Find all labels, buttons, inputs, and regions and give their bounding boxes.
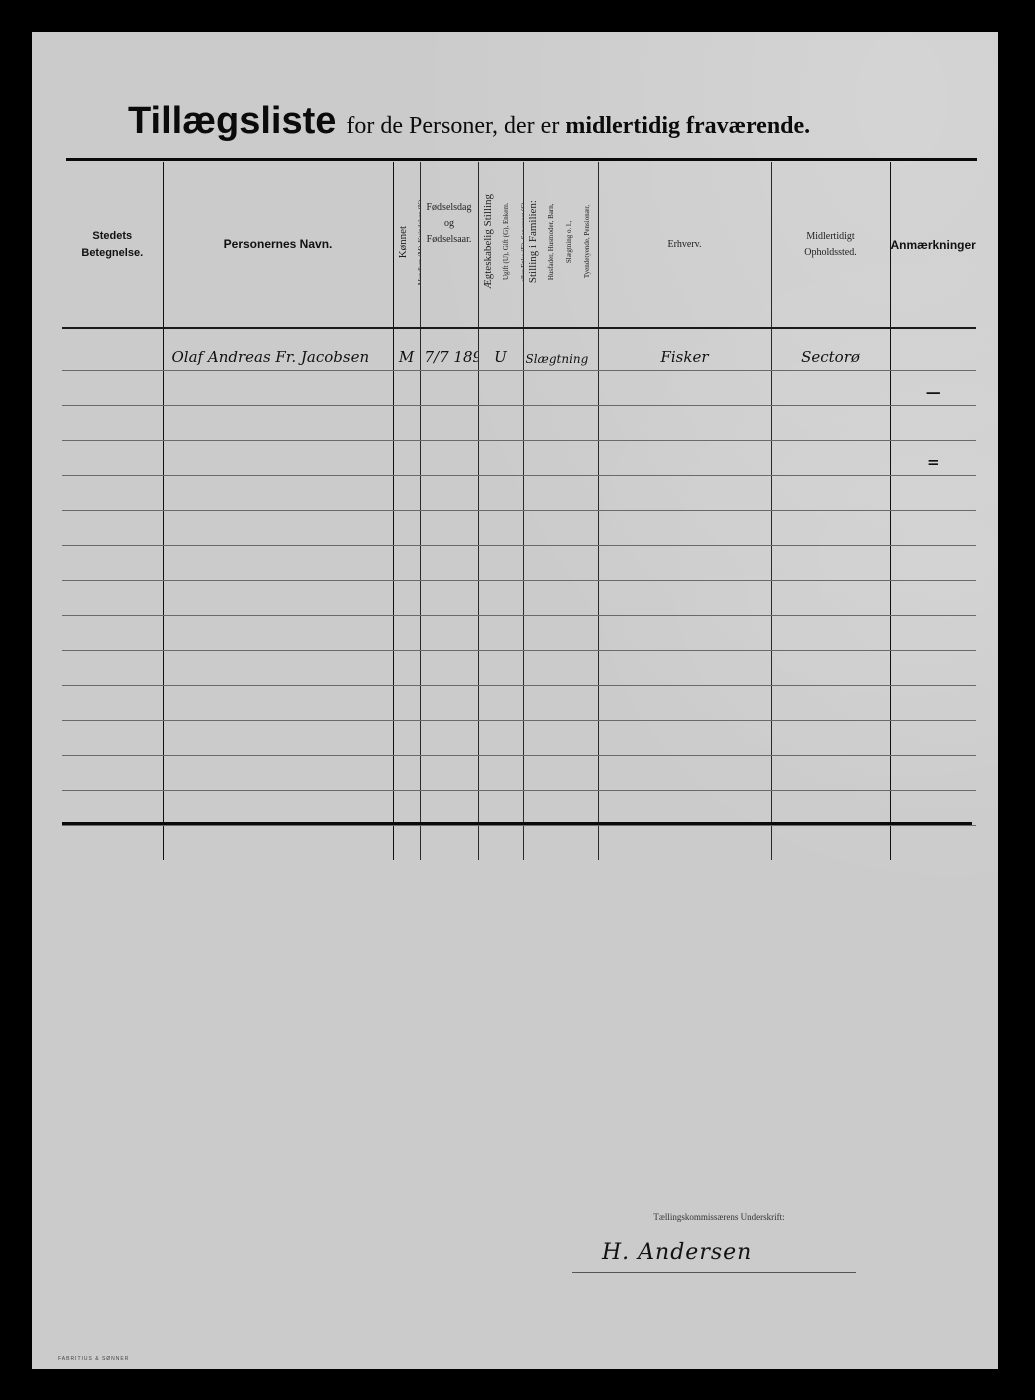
handwritten-kjonnet bbox=[394, 576, 420, 580]
cell-familie bbox=[523, 476, 598, 511]
handwritten-erhverv bbox=[599, 401, 771, 405]
cell-kjonnet bbox=[393, 511, 420, 546]
cell-erhverv bbox=[598, 476, 771, 511]
cell-navn bbox=[163, 476, 393, 511]
handwritten-navn bbox=[164, 611, 393, 615]
cell-familie bbox=[523, 546, 598, 581]
cell-familie bbox=[523, 756, 598, 791]
handwritten-stedets bbox=[62, 576, 163, 580]
cell-kjonnet: M bbox=[393, 328, 420, 371]
cell-erhverv bbox=[598, 581, 771, 616]
cell-anmaerkninger bbox=[890, 511, 976, 546]
handwritten-familie: Slægtning bbox=[524, 352, 598, 370]
cell-familie bbox=[523, 371, 598, 406]
cell-anmaerkninger bbox=[890, 686, 976, 721]
cell-egteskab bbox=[478, 441, 523, 476]
cell-stedets bbox=[62, 546, 163, 581]
cell-kjonnet bbox=[393, 441, 420, 476]
table-row bbox=[62, 476, 976, 511]
cell-stedets bbox=[62, 371, 163, 406]
header-opholdssted: MidlertidigtOpholdssted. bbox=[771, 162, 890, 328]
signature-block: Tællingskommissærens Underskrift: H. And… bbox=[572, 1212, 856, 1222]
cell-kjonnet bbox=[393, 546, 420, 581]
handwritten-familie bbox=[524, 786, 598, 790]
cell-kjonnet bbox=[393, 651, 420, 686]
census-table: StedetsBetegnelse. Personernes Navn. Køn… bbox=[62, 162, 976, 860]
handwritten-opholdssted bbox=[772, 436, 890, 440]
handwritten-stedets bbox=[62, 366, 163, 370]
handwritten-opholdssted bbox=[772, 506, 890, 510]
cell-navn bbox=[163, 721, 393, 756]
table-row bbox=[62, 406, 976, 441]
cell-erhverv bbox=[598, 511, 771, 546]
header-erhverv: Erhverv. bbox=[598, 162, 771, 328]
cell-stedets bbox=[62, 581, 163, 616]
handwritten-anmaerkninger bbox=[891, 681, 977, 685]
handwritten-fodsel bbox=[421, 856, 478, 860]
handwritten-erhverv bbox=[599, 611, 771, 615]
handwritten-kjonnet bbox=[394, 716, 420, 720]
handwritten-familie bbox=[524, 576, 598, 580]
handwritten-erhverv bbox=[599, 681, 771, 685]
handwritten-fodsel bbox=[421, 576, 478, 580]
handwritten-stedets bbox=[62, 716, 163, 720]
handwritten-navn bbox=[164, 681, 393, 685]
handwritten-stedets bbox=[62, 786, 163, 790]
table-row: = bbox=[62, 441, 976, 476]
cell-kjonnet bbox=[393, 371, 420, 406]
cell-kjonnet bbox=[393, 826, 420, 861]
handwritten-erhverv bbox=[599, 541, 771, 545]
cell-stedets bbox=[62, 441, 163, 476]
handwritten-navn bbox=[164, 716, 393, 720]
cell-egteskab bbox=[478, 476, 523, 511]
cell-egteskab bbox=[478, 791, 523, 826]
handwritten-egteskab bbox=[479, 611, 523, 615]
cell-anmaerkninger bbox=[890, 406, 976, 441]
cell-stedets bbox=[62, 511, 163, 546]
handwritten-egteskab bbox=[479, 506, 523, 510]
cell-erhverv bbox=[598, 756, 771, 791]
cell-navn bbox=[163, 441, 393, 476]
header-row: StedetsBetegnelse. Personernes Navn. Køn… bbox=[62, 162, 976, 328]
cell-fodsel bbox=[420, 581, 478, 616]
table-row: Olaf Andreas Fr. JacobsenM7/7 1892USlægt… bbox=[62, 328, 976, 371]
cell-kjonnet bbox=[393, 686, 420, 721]
handwritten-egteskab bbox=[479, 856, 523, 860]
handwritten-opholdssted bbox=[772, 576, 890, 580]
handwritten-anmaerkninger bbox=[891, 576, 977, 580]
cell-anmaerkninger bbox=[890, 546, 976, 581]
cell-kjonnet bbox=[393, 406, 420, 441]
cell-opholdssted bbox=[771, 581, 890, 616]
cell-familie bbox=[523, 406, 598, 441]
cell-egteskab bbox=[478, 721, 523, 756]
signature-label: Tællingskommissærens Underskrift: bbox=[582, 1212, 856, 1222]
handwritten-kjonnet bbox=[394, 611, 420, 615]
document-title: Tillægslistefor de Personer, der er midl… bbox=[128, 100, 810, 143]
cell-anmaerkninger: — bbox=[890, 371, 976, 406]
cell-erhverv bbox=[598, 406, 771, 441]
handwritten-navn bbox=[164, 506, 393, 510]
table-row bbox=[62, 651, 976, 686]
cell-erhverv bbox=[598, 826, 771, 861]
handwritten-navn: Olaf Andreas Fr. Jacobsen bbox=[164, 348, 393, 370]
cell-navn bbox=[163, 616, 393, 651]
header-familie: Stilling i Familien:Husfader, Husmoder, … bbox=[523, 162, 598, 328]
handwritten-anmaerkninger bbox=[891, 646, 977, 650]
cell-familie bbox=[523, 511, 598, 546]
cell-erhverv bbox=[598, 791, 771, 826]
handwritten-navn bbox=[164, 436, 393, 440]
cell-stedets bbox=[62, 328, 163, 371]
handwritten-fodsel bbox=[421, 436, 478, 440]
handwritten-navn bbox=[164, 576, 393, 580]
title-main: Tillægsliste bbox=[128, 100, 336, 142]
cell-familie bbox=[523, 721, 598, 756]
handwritten-anmaerkninger: — bbox=[891, 383, 977, 405]
handwritten-fodsel: 7/7 1892 bbox=[421, 348, 478, 370]
cell-stedets bbox=[62, 686, 163, 721]
handwritten-anmaerkninger bbox=[891, 366, 977, 370]
handwritten-kjonnet bbox=[394, 751, 420, 755]
cell-navn bbox=[163, 791, 393, 826]
handwritten-familie bbox=[524, 506, 598, 510]
cell-egteskab: U bbox=[478, 328, 523, 371]
table-row bbox=[62, 791, 976, 826]
cell-opholdssted bbox=[771, 791, 890, 826]
handwritten-fodsel bbox=[421, 751, 478, 755]
handwritten-fodsel bbox=[421, 646, 478, 650]
table-row bbox=[62, 616, 976, 651]
handwritten-familie bbox=[524, 436, 598, 440]
handwritten-stedets bbox=[62, 681, 163, 685]
handwritten-kjonnet bbox=[394, 786, 420, 790]
cell-stedets bbox=[62, 476, 163, 511]
cell-anmaerkninger bbox=[890, 791, 976, 826]
handwritten-opholdssted bbox=[772, 751, 890, 755]
cell-fodsel bbox=[420, 511, 478, 546]
table-row: — bbox=[62, 371, 976, 406]
handwritten-erhverv: Fisker bbox=[599, 348, 771, 370]
cell-opholdssted: Sectorø bbox=[771, 328, 890, 371]
handwritten-anmaerkninger bbox=[891, 541, 977, 545]
handwritten-opholdssted bbox=[772, 786, 890, 790]
cell-opholdssted bbox=[771, 651, 890, 686]
handwritten-fodsel bbox=[421, 506, 478, 510]
cell-erhverv bbox=[598, 686, 771, 721]
handwritten-kjonnet bbox=[394, 506, 420, 510]
cell-fodsel bbox=[420, 546, 478, 581]
handwritten-erhverv bbox=[599, 786, 771, 790]
handwritten-opholdssted bbox=[772, 541, 890, 545]
handwritten-opholdssted: Sectorø bbox=[772, 348, 890, 370]
table-row bbox=[62, 546, 976, 581]
handwritten-erhverv bbox=[599, 506, 771, 510]
handwritten-kjonnet bbox=[394, 401, 420, 405]
handwritten-anmaerkninger bbox=[891, 856, 977, 860]
handwritten-stedets bbox=[62, 506, 163, 510]
cell-opholdssted bbox=[771, 476, 890, 511]
table-row bbox=[62, 511, 976, 546]
handwritten-egteskab bbox=[479, 576, 523, 580]
handwritten-erhverv bbox=[599, 436, 771, 440]
cell-stedets bbox=[62, 756, 163, 791]
table-row bbox=[62, 756, 976, 791]
cell-anmaerkninger bbox=[890, 721, 976, 756]
table-bottom-rule bbox=[62, 822, 972, 825]
handwritten-egteskab bbox=[479, 401, 523, 405]
handwritten-stedets bbox=[62, 541, 163, 545]
handwritten-egteskab bbox=[479, 646, 523, 650]
cell-navn bbox=[163, 371, 393, 406]
handwritten-familie bbox=[524, 681, 598, 685]
handwritten-egteskab bbox=[479, 681, 523, 685]
cell-familie bbox=[523, 791, 598, 826]
printer-mark: FABRITIUS & SØNNER bbox=[58, 1356, 129, 1362]
handwritten-fodsel bbox=[421, 541, 478, 545]
handwritten-anmaerkninger: = bbox=[891, 453, 977, 475]
cell-navn bbox=[163, 581, 393, 616]
cell-fodsel bbox=[420, 791, 478, 826]
cell-opholdssted bbox=[771, 406, 890, 441]
cell-stedets bbox=[62, 721, 163, 756]
cell-opholdssted bbox=[771, 616, 890, 651]
header-kjonnet: KønnetMandkøn (M). Kvindekøn (K). bbox=[393, 162, 420, 328]
cell-kjonnet bbox=[393, 791, 420, 826]
handwritten-opholdssted bbox=[772, 681, 890, 685]
cell-anmaerkninger bbox=[890, 651, 976, 686]
handwritten-anmaerkninger bbox=[891, 716, 977, 720]
handwritten-familie bbox=[524, 856, 598, 860]
handwritten-anmaerkninger bbox=[891, 751, 977, 755]
cell-erhverv bbox=[598, 441, 771, 476]
handwritten-kjonnet bbox=[394, 646, 420, 650]
cell-anmaerkninger bbox=[890, 756, 976, 791]
signature-value: H. Andersen bbox=[602, 1240, 752, 1265]
cell-fodsel bbox=[420, 721, 478, 756]
handwritten-navn bbox=[164, 401, 393, 405]
header-stedets: StedetsBetegnelse. bbox=[62, 162, 163, 328]
handwritten-anmaerkninger bbox=[891, 786, 977, 790]
handwritten-kjonnet bbox=[394, 436, 420, 440]
cell-anmaerkninger bbox=[890, 581, 976, 616]
handwritten-stedets bbox=[62, 611, 163, 615]
handwritten-stedets bbox=[62, 856, 163, 860]
handwritten-egteskab bbox=[479, 541, 523, 545]
handwritten-familie bbox=[524, 751, 598, 755]
handwritten-kjonnet bbox=[394, 541, 420, 545]
cell-anmaerkninger bbox=[890, 826, 976, 861]
handwritten-egteskab bbox=[479, 716, 523, 720]
handwritten-anmaerkninger bbox=[891, 436, 977, 440]
cell-fodsel bbox=[420, 616, 478, 651]
handwritten-navn bbox=[164, 786, 393, 790]
cell-egteskab bbox=[478, 546, 523, 581]
handwritten-kjonnet bbox=[394, 681, 420, 685]
handwritten-opholdssted bbox=[772, 646, 890, 650]
handwritten-egteskab bbox=[479, 436, 523, 440]
handwritten-navn bbox=[164, 751, 393, 755]
cell-familie bbox=[523, 686, 598, 721]
cell-familie bbox=[523, 651, 598, 686]
cell-navn bbox=[163, 511, 393, 546]
signature-line bbox=[572, 1272, 856, 1273]
cell-opholdssted bbox=[771, 826, 890, 861]
cell-egteskab bbox=[478, 371, 523, 406]
cell-familie bbox=[523, 826, 598, 861]
cell-stedets bbox=[62, 616, 163, 651]
handwritten-navn bbox=[164, 471, 393, 475]
handwritten-familie bbox=[524, 541, 598, 545]
cell-navn bbox=[163, 651, 393, 686]
cell-opholdssted bbox=[771, 441, 890, 476]
handwritten-familie bbox=[524, 611, 598, 615]
handwritten-opholdssted bbox=[772, 611, 890, 615]
cell-fodsel bbox=[420, 441, 478, 476]
header-fodsel: FødselsdagogFødselsaar. bbox=[420, 162, 478, 328]
handwritten-fodsel bbox=[421, 786, 478, 790]
handwritten-stedets bbox=[62, 436, 163, 440]
handwritten-fodsel bbox=[421, 401, 478, 405]
cell-stedets bbox=[62, 651, 163, 686]
cell-navn bbox=[163, 546, 393, 581]
cell-fodsel bbox=[420, 371, 478, 406]
handwritten-familie bbox=[524, 716, 598, 720]
header-top-rule bbox=[66, 158, 977, 161]
cell-opholdssted bbox=[771, 686, 890, 721]
cell-fodsel bbox=[420, 651, 478, 686]
header-navn: Personernes Navn. bbox=[163, 162, 393, 328]
handwritten-egteskab bbox=[479, 471, 523, 475]
cell-navn: Olaf Andreas Fr. Jacobsen bbox=[163, 328, 393, 371]
handwritten-kjonnet bbox=[394, 471, 420, 475]
cell-erhverv bbox=[598, 371, 771, 406]
handwritten-erhverv bbox=[599, 856, 771, 860]
handwritten-navn bbox=[164, 856, 393, 860]
cell-opholdssted bbox=[771, 371, 890, 406]
cell-erhverv bbox=[598, 616, 771, 651]
cell-kjonnet bbox=[393, 756, 420, 791]
cell-fodsel bbox=[420, 826, 478, 861]
cell-anmaerkninger bbox=[890, 616, 976, 651]
handwritten-stedets bbox=[62, 401, 163, 405]
cell-anmaerkninger bbox=[890, 476, 976, 511]
cell-egteskab bbox=[478, 406, 523, 441]
handwritten-opholdssted bbox=[772, 471, 890, 475]
cell-fodsel bbox=[420, 476, 478, 511]
cell-erhverv: Fisker bbox=[598, 328, 771, 371]
cell-familie: Slægtning bbox=[523, 328, 598, 371]
handwritten-familie bbox=[524, 471, 598, 475]
cell-familie bbox=[523, 581, 598, 616]
handwritten-kjonnet bbox=[394, 856, 420, 860]
cell-navn bbox=[163, 756, 393, 791]
handwritten-erhverv bbox=[599, 716, 771, 720]
handwritten-stedets bbox=[62, 646, 163, 650]
cell-kjonnet bbox=[393, 476, 420, 511]
cell-stedets bbox=[62, 406, 163, 441]
table-row bbox=[62, 581, 976, 616]
cell-fodsel bbox=[420, 756, 478, 791]
cell-egteskab bbox=[478, 756, 523, 791]
cell-egteskab bbox=[478, 581, 523, 616]
handwritten-fodsel bbox=[421, 716, 478, 720]
cell-stedets bbox=[62, 826, 163, 861]
handwritten-egteskab bbox=[479, 786, 523, 790]
header-anmaerkninger: Anmærkninger. bbox=[890, 162, 976, 328]
handwritten-egteskab bbox=[479, 751, 523, 755]
cell-fodsel bbox=[420, 406, 478, 441]
handwritten-opholdssted bbox=[772, 716, 890, 720]
cell-stedets bbox=[62, 791, 163, 826]
cell-opholdssted bbox=[771, 756, 890, 791]
cell-kjonnet bbox=[393, 721, 420, 756]
cell-egteskab bbox=[478, 511, 523, 546]
title-subtitle: for de Personer, der er midlertidig frav… bbox=[346, 113, 810, 139]
handwritten-erhverv bbox=[599, 471, 771, 475]
handwritten-fodsel bbox=[421, 681, 478, 685]
handwritten-erhverv bbox=[599, 646, 771, 650]
cell-fodsel: 7/7 1892 bbox=[420, 328, 478, 371]
cell-egteskab bbox=[478, 826, 523, 861]
handwritten-navn bbox=[164, 541, 393, 545]
handwritten-opholdssted bbox=[772, 401, 890, 405]
handwritten-navn bbox=[164, 646, 393, 650]
cell-opholdssted bbox=[771, 721, 890, 756]
handwritten-erhverv bbox=[599, 751, 771, 755]
handwritten-fodsel bbox=[421, 611, 478, 615]
cell-erhverv bbox=[598, 721, 771, 756]
handwritten-familie bbox=[524, 646, 598, 650]
handwritten-erhverv bbox=[599, 576, 771, 580]
handwritten-familie bbox=[524, 401, 598, 405]
table-row bbox=[62, 721, 976, 756]
cell-navn bbox=[163, 826, 393, 861]
cell-opholdssted bbox=[771, 546, 890, 581]
cell-anmaerkninger bbox=[890, 328, 976, 371]
cell-egteskab bbox=[478, 616, 523, 651]
cell-familie bbox=[523, 441, 598, 476]
handwritten-fodsel bbox=[421, 471, 478, 475]
cell-egteskab bbox=[478, 686, 523, 721]
cell-opholdssted bbox=[771, 511, 890, 546]
cell-erhverv bbox=[598, 546, 771, 581]
table-row bbox=[62, 826, 976, 861]
cell-anmaerkninger: = bbox=[890, 441, 976, 476]
table-row bbox=[62, 686, 976, 721]
handwritten-kjonnet: M bbox=[394, 348, 420, 370]
cell-egteskab bbox=[478, 651, 523, 686]
cell-erhverv bbox=[598, 651, 771, 686]
cell-familie bbox=[523, 616, 598, 651]
cell-kjonnet bbox=[393, 581, 420, 616]
handwritten-anmaerkninger bbox=[891, 611, 977, 615]
handwritten-stedets bbox=[62, 751, 163, 755]
cell-kjonnet bbox=[393, 616, 420, 651]
header-egteskab: Ægteskabelig StillingUgift (U), Gift (G)… bbox=[478, 162, 523, 328]
handwritten-stedets bbox=[62, 471, 163, 475]
handwritten-egteskab: U bbox=[479, 348, 523, 370]
cell-fodsel bbox=[420, 686, 478, 721]
handwritten-anmaerkninger bbox=[891, 506, 977, 510]
cell-navn bbox=[163, 686, 393, 721]
cell-navn bbox=[163, 406, 393, 441]
handwritten-opholdssted bbox=[772, 856, 890, 860]
